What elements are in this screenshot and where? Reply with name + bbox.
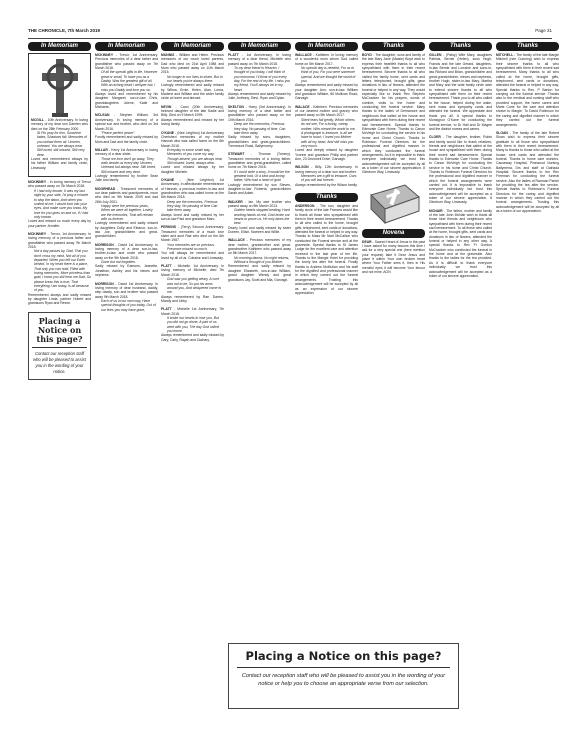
notice: WILSON - Billy. 12th Anniversary. In lov… <box>295 165 358 187</box>
notice: NEVIN - Carol (20th Anniversary), belove… <box>161 105 224 127</box>
notice: O'KANE - (Nee Leighton) 1st Anniversary.… <box>161 178 224 221</box>
section-header-in-memoriam: In Memoriam <box>161 42 224 51</box>
notice: MOORHEAD - Treasured memories of our dea… <box>95 187 158 239</box>
column-5: In Memoriam WALLACE - Kathleen. In lovin… <box>295 42 358 642</box>
notice: MCLEAN - Stephen William. 3rd Anniversar… <box>95 113 158 143</box>
section-header-novena: Novena <box>362 229 425 238</box>
notice: MCKINNEY - Trevor, 1st Anniversary. Prec… <box>95 53 158 109</box>
notice: PERKINS - (Terry) Second Anniversary. Tr… <box>161 225 224 260</box>
notice: MUNNIS - William and Helen. Precious mem… <box>161 53 224 101</box>
notice: WALLACE - Precious memories of my dear m… <box>228 238 291 281</box>
notice: MORRISON - David 1st Anniversary. In lov… <box>95 282 158 312</box>
notice: SLOAN - The family of the late Robert Sl… <box>496 131 559 214</box>
celtic-cross-notice-box: MCGILL - 10th Anniversary. In loving mem… <box>28 53 91 177</box>
notice: MCNAIR - The father, mother and family o… <box>429 209 492 279</box>
notice-mcgill: MCGILL - 10th Anniversary. In loving mem… <box>31 118 88 170</box>
section-header-thanks: Thanks <box>362 42 425 51</box>
notice: PLATT - Michelle 1st Anniversary, 7th Ma… <box>161 307 224 342</box>
column-6: Thanks BOYD - The daughter, sons and fam… <box>362 42 425 642</box>
column-8: Thanks MITCHELL - The family of the late… <box>496 42 559 722</box>
notice: MITCHELL - The family of the late Margie… <box>496 53 559 127</box>
notice: ANDERSON - The son, daughter and family … <box>295 204 358 295</box>
section-header-in-memoriam: In Memoriam <box>28 42 91 51</box>
column-4: In Memoriam PLATT - 1st Anniversary. In … <box>228 42 291 637</box>
section-header-thanks: Thanks <box>295 193 358 202</box>
placing-notice-box-large: Placing a Notice on this page? Contact o… <box>228 643 459 709</box>
column-2: In Memoriam MCKINNEY - Trevor, 1st Anniv… <box>95 42 158 316</box>
column-3: In Memoriam MUNNIS - William and Helen. … <box>161 42 224 642</box>
notice: O'KANE - (Nee Leighton) 1st Anniversary … <box>161 131 224 174</box>
notice-mckinney-1: MCKINNEY - In loving memory of Trevor wh… <box>28 180 91 228</box>
column-7: Thanks GILLEN - (Patsy) Wife Mary, daugh… <box>429 42 492 642</box>
masthead: THE CHRONICLE, 7th March 2019 Page 31 <box>28 27 552 39</box>
section-header-in-memoriam: In Memoriam <box>295 42 358 51</box>
section-header-in-memoriam: In Memoriam <box>228 42 291 51</box>
notice: MORRISON - David 1st Anniversary. In lov… <box>95 243 158 278</box>
notice: PLATT - Michelle. 1st Anniversary. In lo… <box>161 264 224 303</box>
notice-mckinney-2: MCKINNEY - Trevor, 1st Anniversary. In l… <box>28 232 91 306</box>
notice: PLATT - 1st Anniversary. In loving memor… <box>228 53 291 101</box>
notice: WALKER - Ian. My wee brother who passed … <box>228 200 291 235</box>
column-1: In Memoriam MCGILL - 10th Anniversary. I… <box>28 42 91 380</box>
section-header-thanks: Thanks <box>496 42 559 51</box>
notice: SKELTON - Harry (3rd Anniversary). In lo… <box>228 105 291 148</box>
page-number: Page 31 <box>535 28 552 33</box>
celtic-cross-icon <box>31 56 88 118</box>
section-header-thanks: Thanks <box>429 42 492 51</box>
notice: MILLAR - Kerry 1st Anniversary in loving… <box>95 148 158 183</box>
bible-icon <box>362 181 425 227</box>
notice: GILLEN - (Patsy) Wife Mary, daughters Pa… <box>429 53 492 131</box>
notice: CLOER - The daughter, brother, Robin and… <box>429 135 492 205</box>
notice: WALLACE - Kathleen. In loving memory of … <box>295 53 358 101</box>
section-header-in-memoriam: In Memoriam <box>95 42 158 51</box>
publication-date: THE CHRONICLE, 7th March 2019 <box>28 28 100 33</box>
notice: WALACE - Kathleen. Precious memories of … <box>295 105 358 161</box>
notice: STEWART - Thomas (Tommy). Treasured memo… <box>228 152 291 195</box>
notice-novena: DEAR - Sacred Heart of Jesus in the past… <box>362 240 425 275</box>
placing-notice-box-small: Placing a Notice on this page? Contact o… <box>28 312 91 380</box>
notice: BOYD - The daughter, sons and family of … <box>362 53 425 175</box>
